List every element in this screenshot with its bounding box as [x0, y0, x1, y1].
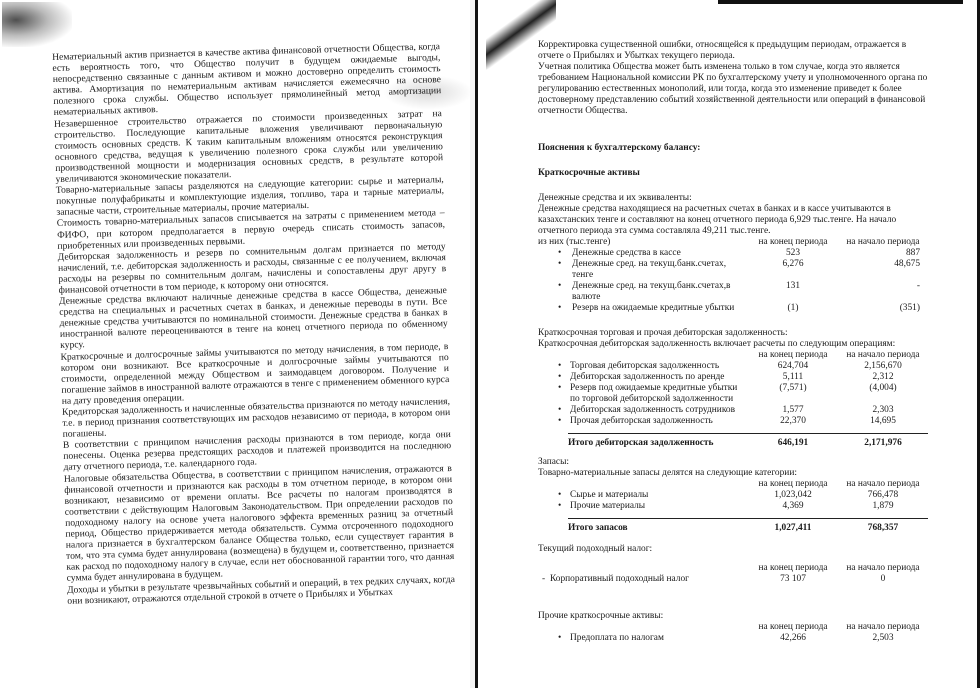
table-row: Денежные сред. на текущ.банк.счетах, тен…	[538, 259, 928, 281]
table-row: Прочая дебиторская задолженность 22,370 …	[538, 416, 928, 427]
left-page: Нематериальный актив признается в качест…	[0, 0, 473, 688]
income-tax-section: Текущий подоходный налог: на конец перио…	[538, 544, 928, 585]
table-row: Дебиторская задолженность по аренде 5,11…	[538, 372, 928, 383]
cash-table-header: из них (тыс.тенге) на конец периода на н…	[538, 237, 928, 248]
other-assets-section: Прочие краткосрочные активы: на конец пе…	[538, 611, 928, 644]
right-page: Корректировка существенной ошибки, относ…	[475, 0, 980, 688]
paragraph-taxes: Налоговые обязательства Общества, в соот…	[64, 463, 455, 585]
table-row: Предоплата по налогам 42,266 2,503	[538, 633, 928, 644]
unit-label: из них (тыс.тенге)	[538, 237, 748, 248]
cash-section: Денежные средства и их эквиваленты: Дене…	[538, 193, 928, 314]
table-row: Торговая дебиторская задолженность 624,7…	[538, 361, 928, 372]
income-tax-title: Текущий подоходный налог:	[538, 544, 928, 555]
paragraph-policy-change: Учетная политика Общества может быть изм…	[538, 62, 928, 117]
inventory-text: Товарно-материальные запасы делятся на с…	[538, 468, 928, 479]
receivables-text: Краткосрочная дебиторская задолженность …	[538, 339, 928, 350]
table-row: Денежные средства в кассе 523 887	[538, 248, 928, 259]
receivables-section: Краткосрочная торговая и прочая дебиторс…	[538, 328, 928, 449]
heading-current-assets: Краткосрочные активы	[538, 168, 928, 179]
table-row: Дебиторская задолженность сотрудников 1,…	[538, 405, 928, 416]
table-row: Прочие материалы 4,369 1,879	[538, 501, 928, 512]
scan-shadow	[2, 2, 72, 47]
scan-edge	[718, 0, 963, 4]
table-row: Резерв под ожидаемые кредитные убытки по…	[538, 383, 928, 405]
inventory-total-row: Итого запасов 1,027,411 768,357	[568, 518, 928, 534]
cash-title: Денежные средства и их эквиваленты:	[538, 193, 928, 204]
paragraph-error-correction: Корректировка существенной ошибки, относ…	[538, 40, 928, 62]
table-row: Сырье и материалы 1,023,042 766,478	[538, 490, 928, 501]
receivables-title: Краткосрочная торговая и прочая дебиторс…	[538, 328, 928, 339]
table-row: Денежные сред. на текущ.банк.счетах,в ва…	[538, 281, 928, 303]
cash-text: Денежные средства находящиеся на расчетн…	[538, 204, 928, 237]
inventory-title: Запасы:	[538, 457, 928, 468]
balance-notes: Корректировка существенной ошибки, относ…	[538, 40, 928, 644]
table-row: Корпоративный подоходный налог 73 107 0	[538, 574, 928, 585]
income-tax-table-header: на конец периода на начало периода	[538, 563, 928, 574]
heading-balance-notes: Пояснения к бухгалтерскому балансу:	[538, 143, 928, 154]
other-assets-table-header: на конец периода на начало периода	[538, 622, 928, 633]
accounting-policy-text: Нематериальный актив признается в качест…	[52, 41, 455, 606]
paragraph-intangible-assets: Нематериальный актив признается в качест…	[52, 41, 442, 118]
receivables-table-header: на конец периода на начало периода	[538, 350, 928, 361]
column-end: на конец периода	[748, 237, 838, 248]
inventory-section: Запасы: Товарно-материальные запасы деля…	[538, 457, 928, 534]
receivables-total-row: Итого дебиторская задолженность 646,191 …	[568, 433, 928, 449]
paragraph-construction: Незавершенное строительство отражается п…	[54, 108, 444, 185]
inventory-table-header: на конец периода на начало периода	[538, 479, 928, 490]
other-assets-title: Прочие краткосрочные активы:	[538, 611, 928, 622]
table-row: Резерв на ожидаемые кредитные убытки (1)…	[538, 303, 928, 314]
column-start: на начало периода	[838, 237, 928, 248]
